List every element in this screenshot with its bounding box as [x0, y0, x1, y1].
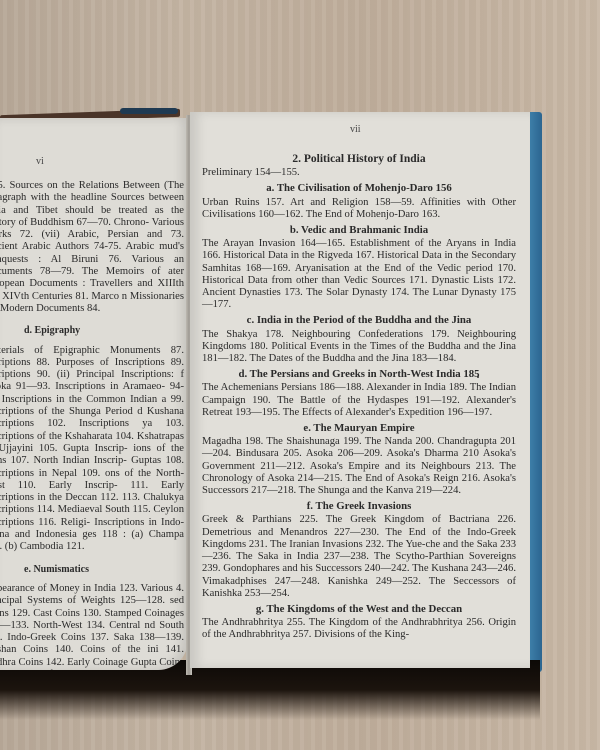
right-page[interactable]: vii 2. Political History of India Prelim… [190, 112, 530, 668]
section-text-d: The Achemenians Persians 186—188. Alexan… [202, 382, 516, 419]
left-page-text: s 65. Sources on the Relations Between (… [0, 180, 184, 670]
ink-speck [477, 376, 479, 378]
section-heading-d: d. The Persians and Greeks in North-West… [202, 368, 516, 380]
chapter-title: 2. Political History of India [202, 153, 516, 165]
section-text-f: Greek & Parthians 225. The Greek Kingdom… [202, 514, 516, 599]
section-heading-f: f. The Greek Invasions [202, 500, 516, 512]
left-page-number: vi [36, 156, 44, 167]
section-heading-g: g. The Kingdoms of the West and the Decc… [202, 603, 516, 615]
section-text-c: The Shakya 178. Neighbouring Confederati… [202, 329, 516, 366]
section-text-e: Magadha 198. The Shaishunaga 199. The Na… [202, 436, 516, 497]
section-text-numismatics: Appearance of Money in India 123. Variou… [0, 583, 184, 670]
left-page[interactable]: vi s 65. Sources on the Relations Betwee… [0, 118, 188, 670]
section-heading-b: b. Vedic and Brahmanic India [202, 224, 516, 236]
left-paragraph: s 65. Sources on the Relations Between (… [0, 180, 184, 315]
section-text-b: The Arayan Invasion 164—165. Establishme… [202, 238, 516, 311]
section-heading-c: c. India in the Period of the Buddha and… [202, 314, 516, 326]
section-text-a: Urban Ruins 157. Art and Religion 158—59… [202, 197, 516, 221]
section-heading-e: e. The Mauryan Empire [202, 422, 516, 434]
section-heading-a: a. The Civilisation of Mohenjo-Daro 156 [202, 182, 516, 194]
section-text-epigraphy: Materials of Epigraphic Monuments 87. ns… [0, 345, 184, 554]
section-heading-numismatics: e. Numismatics [24, 564, 184, 576]
preliminary-line: Preliminary 154—155. [202, 167, 516, 179]
section-heading-epigraphy: d. Epigraphy [24, 325, 184, 337]
right-page-number: vii [350, 124, 361, 135]
right-page-text: 2. Political History of India Preliminar… [202, 150, 516, 642]
book-cover-blue-edge [530, 112, 542, 672]
book-cover-blue-corner [120, 108, 178, 114]
section-text-g: The Andhrabhritya 255. The Kingdom of th… [202, 617, 516, 641]
